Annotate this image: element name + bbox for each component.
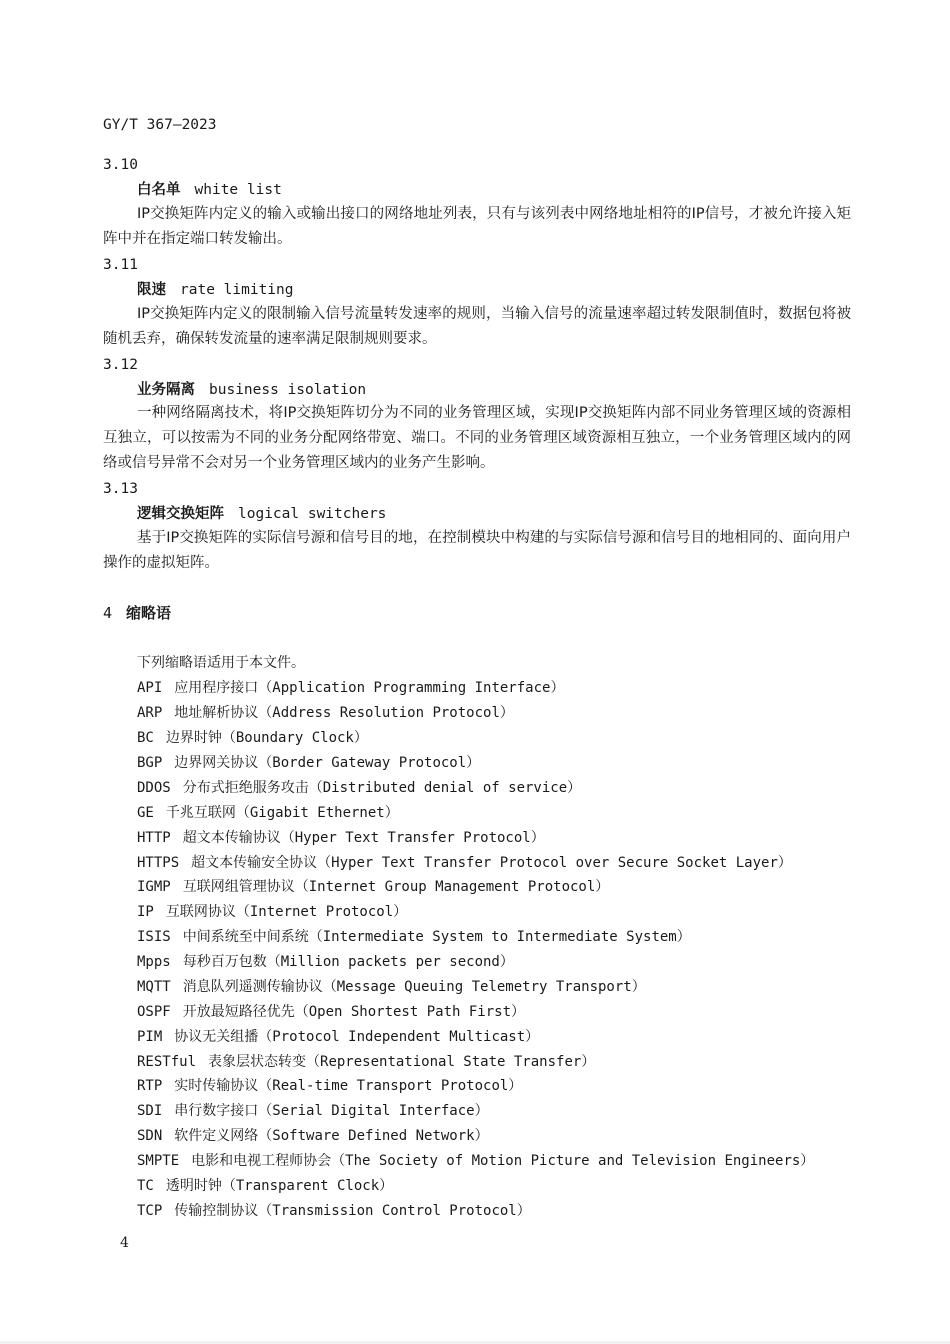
- abbr-code: RTP: [137, 1078, 162, 1094]
- abbr-english: （Border Gateway Protocol）: [258, 755, 480, 771]
- abbreviation-item: TCP传输控制协议（Transmission Control Protocol）: [137, 1201, 531, 1221]
- abbr-code: SDI: [137, 1103, 162, 1119]
- abbr-chinese: 串行数字接口: [174, 1103, 258, 1119]
- abbr-english: （Transparent Clock）: [222, 1178, 393, 1194]
- abbreviation-item: BGP边界网关协议（Border Gateway Protocol）: [137, 753, 480, 773]
- term-heading: 逻辑交换矩阵logical switchers: [137, 504, 386, 524]
- abbr-chinese: 实时传输协议: [174, 1078, 258, 1094]
- abbr-english: （Hyper Text Transfer Protocol over Secur…: [317, 855, 792, 871]
- abbr-english: （Real-time Transport Protocol）: [258, 1078, 522, 1094]
- abbr-chinese: 透明时钟: [166, 1178, 222, 1194]
- abbr-chinese: 边界网关协议: [174, 755, 258, 771]
- abbr-chinese: 互联网协议: [166, 904, 236, 920]
- abbr-chinese: 中间系统至中间系统: [183, 929, 309, 945]
- page-number: 4: [120, 1235, 129, 1251]
- abbr-english: （Million packets per second）: [267, 954, 514, 970]
- abbreviation-item: SDI串行数字接口（Serial Digital Interface）: [137, 1101, 489, 1121]
- abbr-code: RESTful: [137, 1054, 196, 1070]
- abbr-english: （Representational State Transfer）: [306, 1054, 595, 1070]
- abbr-chinese: 消息队列遥测传输协议: [183, 979, 323, 995]
- term-english: business isolation: [209, 382, 366, 398]
- abbr-code: TC: [137, 1178, 154, 1194]
- term-heading: 白名单white list: [137, 180, 282, 200]
- abbr-english: （Intermediate System to Intermediate Sys…: [309, 929, 691, 945]
- abbr-english: （Protocol Independent Multicast）: [258, 1029, 539, 1045]
- abbr-code: HTTPS: [137, 855, 179, 871]
- abbreviation-item: SDN软件定义网络（Software Defined Network）: [137, 1126, 489, 1146]
- abbr-chinese: 软件定义网络: [174, 1128, 258, 1144]
- abbr-english: （Transmission Control Protocol）: [258, 1203, 530, 1219]
- term-chinese: 业务隔离: [137, 382, 195, 398]
- abbr-code: GE: [137, 805, 154, 821]
- term-heading: 业务隔离business isolation: [137, 380, 366, 400]
- abbr-english: （Hyper Text Transfer Protocol）: [281, 830, 545, 846]
- abbr-code: DDOS: [137, 780, 171, 796]
- term-english: logical switchers: [238, 506, 386, 522]
- abbreviation-item: HTTP超文本传输协议（Hyper Text Transfer Protocol…: [137, 828, 545, 848]
- term-definition: 一种网络隔离技术，将IP交换矩阵切分为不同的业务管理区域，实现IP交换矩阵内部不…: [103, 401, 851, 476]
- abbr-code: HTTP: [137, 830, 171, 846]
- abbreviation-item: MQTT消息队列遥测传输协议（Message Queuing Telemetry…: [137, 977, 646, 997]
- abbreviation-item: ISIS中间系统至中间系统（Intermediate System to Int…: [137, 927, 691, 947]
- abbr-chinese: 应用程序接口: [174, 680, 258, 696]
- abbr-code: Mpps: [137, 954, 171, 970]
- term-english: rate limiting: [180, 282, 294, 298]
- abbreviation-item: RESTful表象层状态转变（Representational State Tr…: [137, 1052, 595, 1072]
- abbreviation-item: PIM协议无关组播（Protocol Independent Multicast…: [137, 1027, 539, 1047]
- term-chinese: 限速: [137, 282, 166, 298]
- abbr-english: （Internet Group Management Protocol）: [295, 879, 610, 895]
- abbr-chinese: 开放最短路径优先: [183, 1004, 295, 1020]
- abbreviation-item: API应用程序接口（Application Programming Interf…: [137, 678, 564, 698]
- abbr-code: TCP: [137, 1203, 162, 1219]
- abbreviation-item: DDOS分布式拒绝服务攻击（Distributed denial of serv…: [137, 778, 581, 798]
- abbreviation-item: IGMP互联网组管理协议（Internet Group Management P…: [137, 877, 609, 897]
- abbr-english: （Message Queuing Telemetry Transport）: [323, 979, 646, 995]
- section-intro: 下列缩略语适用于本文件。: [137, 653, 305, 673]
- abbr-chinese: 协议无关组播: [174, 1029, 258, 1045]
- section-heading: 4缩略语: [103, 603, 171, 623]
- term-chinese: 白名单: [137, 182, 181, 198]
- abbreviation-item: SMPTE电影和电视工程师协会（The Society of Motion Pi…: [137, 1151, 814, 1171]
- abbr-code: ARP: [137, 705, 162, 721]
- abbreviation-item: BC边界时钟（Boundary Clock）: [137, 728, 368, 748]
- term-definition: 基于IP交换矩阵的实际信号源和信号目的地，在控制模块中构建的与实际信号源和信号目…: [103, 526, 851, 576]
- abbreviation-item: HTTPS超文本传输安全协议（Hyper Text Transfer Proto…: [137, 853, 792, 873]
- abbr-english: （Boundary Clock）: [222, 730, 368, 746]
- abbreviation-item: ARP地址解析协议（Address Resolution Protocol）: [137, 703, 514, 723]
- abbr-chinese: 边界时钟: [166, 730, 222, 746]
- abbr-chinese: 表象层状态转变: [208, 1054, 306, 1070]
- abbreviation-item: TC透明时钟（Transparent Clock）: [137, 1176, 393, 1196]
- term-number: 3.10: [103, 155, 138, 175]
- term-definition: IP交换矩阵内定义的输入或输出接口的网络地址列表，只有与该列表中网络地址相符的I…: [103, 202, 851, 252]
- abbr-code: MQTT: [137, 979, 171, 995]
- abbr-chinese: 超文本传输安全协议: [191, 855, 317, 871]
- abbr-chinese: 每秒百万包数: [183, 954, 267, 970]
- abbr-english: （Gigabit Ethernet）: [236, 805, 399, 821]
- abbr-english: （Internet Protocol）: [236, 904, 407, 920]
- abbr-code: IP: [137, 904, 154, 920]
- abbreviation-item: OSPF开放最短路径优先（Open Shortest Path First）: [137, 1002, 525, 1022]
- abbr-english: （Address Resolution Protocol）: [258, 705, 514, 721]
- term-heading: 限速rate limiting: [137, 280, 294, 300]
- abbr-english: （Open Shortest Path First）: [295, 1004, 525, 1020]
- abbr-chinese: 超文本传输协议: [183, 830, 281, 846]
- document-page: GY/T 367—2023 3.10 白名单white list IP交换矩阵内…: [0, 0, 950, 1344]
- abbr-english: （Serial Digital Interface）: [258, 1103, 488, 1119]
- abbreviation-item: RTP实时传输协议（Real-time Transport Protocol）: [137, 1076, 522, 1096]
- term-chinese: 逻辑交换矩阵: [137, 506, 224, 522]
- abbr-chinese: 分布式拒绝服务攻击: [183, 780, 309, 796]
- term-number: 3.11: [103, 255, 138, 275]
- abbr-english: （Distributed denial of service）: [309, 780, 581, 796]
- abbreviation-item: IP互联网协议（Internet Protocol）: [137, 902, 407, 922]
- abbr-english: （Software Defined Network）: [258, 1128, 488, 1144]
- abbr-chinese: 千兆互联网: [166, 805, 236, 821]
- term-number: 3.13: [103, 479, 138, 499]
- abbr-english: （The Society of Motion Picture and Telev…: [331, 1153, 814, 1169]
- term-definition: IP交换矩阵内定义的限制输入信号流量转发速率的规则，当输入信号的流量速率超过转发…: [103, 302, 851, 352]
- abbr-code: BGP: [137, 755, 162, 771]
- abbr-code: SMPTE: [137, 1153, 179, 1169]
- abbr-code: BC: [137, 730, 154, 746]
- abbr-chinese: 互联网组管理协议: [183, 879, 295, 895]
- abbr-code: OSPF: [137, 1004, 171, 1020]
- abbr-chinese: 传输控制协议: [174, 1203, 258, 1219]
- section-number: 4: [103, 604, 112, 622]
- abbr-english: （Application Programming Interface）: [258, 680, 564, 696]
- abbr-chinese: 地址解析协议: [174, 705, 258, 721]
- abbreviation-item: Mpps每秒百万包数（Million packets per second）: [137, 952, 514, 972]
- term-number: 3.12: [103, 355, 138, 375]
- abbr-code: API: [137, 680, 162, 696]
- abbr-code: IGMP: [137, 879, 171, 895]
- abbr-chinese: 电影和电视工程师协会: [191, 1153, 331, 1169]
- section-title: 缩略语: [126, 604, 171, 622]
- abbr-code: PIM: [137, 1029, 162, 1045]
- abbreviation-item: GE千兆互联网（Gigabit Ethernet）: [137, 803, 399, 823]
- abbr-code: ISIS: [137, 929, 171, 945]
- document-id-header: GY/T 367—2023: [103, 115, 217, 135]
- abbr-code: SDN: [137, 1128, 162, 1144]
- term-english: white list: [195, 182, 282, 198]
